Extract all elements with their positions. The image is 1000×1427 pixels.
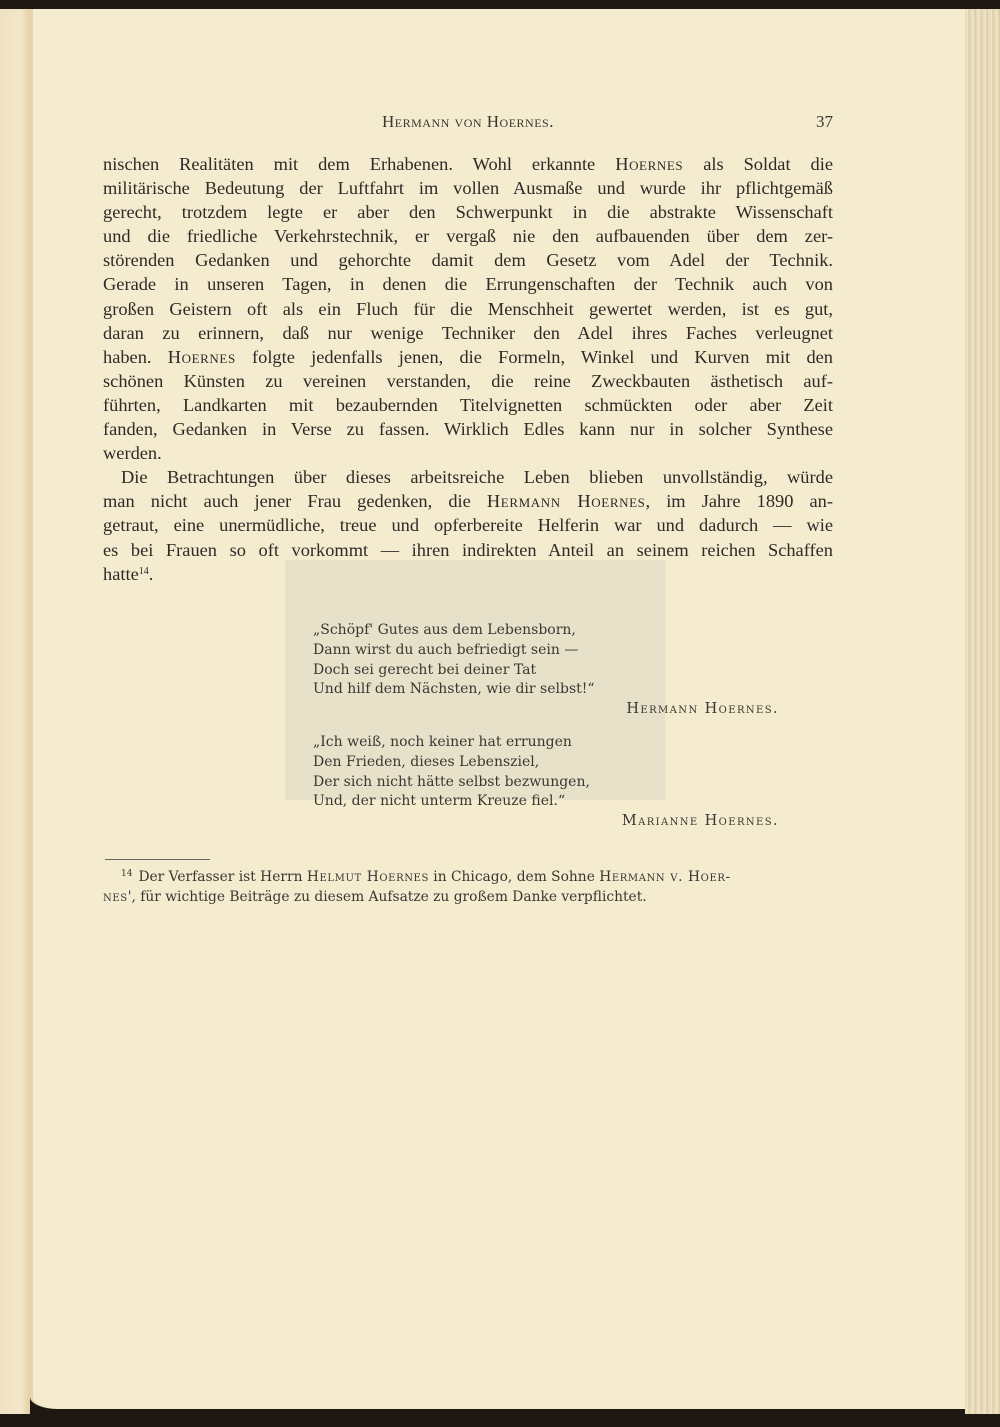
text-line: man nicht auch jener Frau gedenken, die … — [103, 489, 833, 513]
text-line: störenden Gedanken und gehorchte damit d… — [103, 248, 833, 272]
text-span: Der Verfasser ist Herrn — [138, 869, 306, 885]
text-line: militärische Bedeutung der Luftfahrt im … — [103, 176, 833, 200]
page-edges-right — [965, 9, 1000, 1414]
poem-hermann: „Schöpf' Gutes aus dem Lebensborn, Dann … — [313, 621, 783, 720]
text-line: Die Betrachtungen über dieses arbeitsrei… — [103, 465, 833, 489]
book-spine-left — [0, 9, 30, 1417]
text-span: als Soldat die — [683, 154, 833, 174]
text-line: großen Geistern oft als ein Fluch für di… — [103, 297, 833, 321]
person-name: Helmut Hoernes — [307, 869, 429, 885]
text-span: folgte jedenfalls jenen, die Formeln, Wi… — [236, 347, 833, 367]
text-span: hatte — [103, 564, 139, 584]
text-line: gerecht, trotzdem legte er aber den Schw… — [103, 200, 833, 224]
scan-top-border — [0, 0, 1000, 9]
text-line: führten, Landkarten mit bezaubernden Tit… — [103, 393, 833, 417]
person-name: Hoernes — [168, 347, 236, 367]
poem-line: Doch sei gerecht bei deiner Tat — [313, 661, 783, 681]
footnote-14: 14Der Verfasser ist Herrn Helmut Hoernes… — [103, 864, 833, 907]
person-name: nes — [103, 889, 128, 905]
footnote-line: nes', für wichtige Beiträge zu diesem Au… — [103, 887, 833, 907]
poem-line: Und hilf dem Nächsten, wie dir selbst!“ — [313, 680, 783, 700]
poem-line: Und, der nicht unterm Kreuze fiel.“ — [313, 792, 783, 812]
text-line: und die friedliche Verkehrstechnik, er v… — [103, 224, 833, 248]
person-name: Hermann v. Hoer- — [599, 869, 731, 885]
text-span: in Chicago, dem Sohne — [429, 869, 599, 885]
text-line: nischen Realitäten mit dem Erhabenen. Wo… — [103, 152, 833, 176]
running-title: Hermann von Hoernes. — [103, 112, 833, 132]
text-span: ', für wichtige Beiträge zu diesem Aufsa… — [128, 889, 647, 905]
poem-author: Marianne Hoernes. — [313, 812, 783, 832]
body-text: nischen Realitäten mit dem Erhabenen. Wo… — [103, 152, 833, 586]
text-span: . — [149, 564, 154, 584]
poem-author: Hermann Hoernes. — [313, 700, 783, 720]
text-line: daran zu erinnern, daß nur wenige Techni… — [103, 321, 833, 345]
text-line: schönen Künsten zu vereinen verstanden, … — [103, 369, 833, 393]
text-line: es bei Frauen so oft vorkommt — ihren in… — [103, 538, 833, 562]
text-span: nischen Realitäten mit dem Erhabenen. Wo… — [103, 154, 615, 174]
paragraph-2: Die Betrachtungen über dieses arbeitsrei… — [103, 465, 833, 585]
poem-line: Den Frieden, dieses Lebensziel, — [313, 753, 783, 773]
text-line: haben. Hoernes folgte jedenfalls jenen, … — [103, 345, 833, 369]
person-name: Hoernes — [615, 154, 683, 174]
text-span: man nicht auch jener Frau gedenken, die — [103, 491, 487, 511]
text-line: werden. — [103, 441, 833, 465]
person-name: Hermann Hoernes — [487, 491, 646, 511]
footnote-divider — [105, 859, 210, 860]
page-header: Hermann von Hoernes. 37 — [103, 112, 833, 136]
footnote-reference[interactable]: 14 — [139, 566, 149, 577]
footnote-number: 14 — [121, 869, 132, 879]
poem-line: Der sich nicht hätte selbst bezwungen, — [313, 773, 783, 793]
text-line: fanden, Gedanken in Verse zu fassen. Wir… — [103, 417, 833, 441]
text-span: , im Jahre 1890 an- — [645, 491, 833, 511]
text-line: getraut, eine unermüdliche, treue und op… — [103, 513, 833, 537]
poem-marianne: „Ich weiß, noch keiner hat errungen Den … — [313, 733, 783, 832]
page-number: 37 — [816, 112, 833, 132]
footnote-line: 14Der Verfasser ist Herrn Helmut Hoernes… — [103, 864, 833, 887]
text-line: Gerade in unseren Tagen, in denen die Er… — [103, 272, 833, 296]
poem-line: Dann wirst du auch befriedigt sein — — [313, 641, 783, 661]
text-line: hatte14. — [103, 562, 833, 586]
text-span: haben. — [103, 347, 168, 367]
paragraph-1: nischen Realitäten mit dem Erhabenen. Wo… — [103, 152, 833, 465]
poem-line: „Ich weiß, noch keiner hat errungen — [313, 733, 783, 753]
poem-line: „Schöpf' Gutes aus dem Lebensborn, — [313, 621, 783, 641]
scan-bottom-border — [0, 1414, 1000, 1427]
